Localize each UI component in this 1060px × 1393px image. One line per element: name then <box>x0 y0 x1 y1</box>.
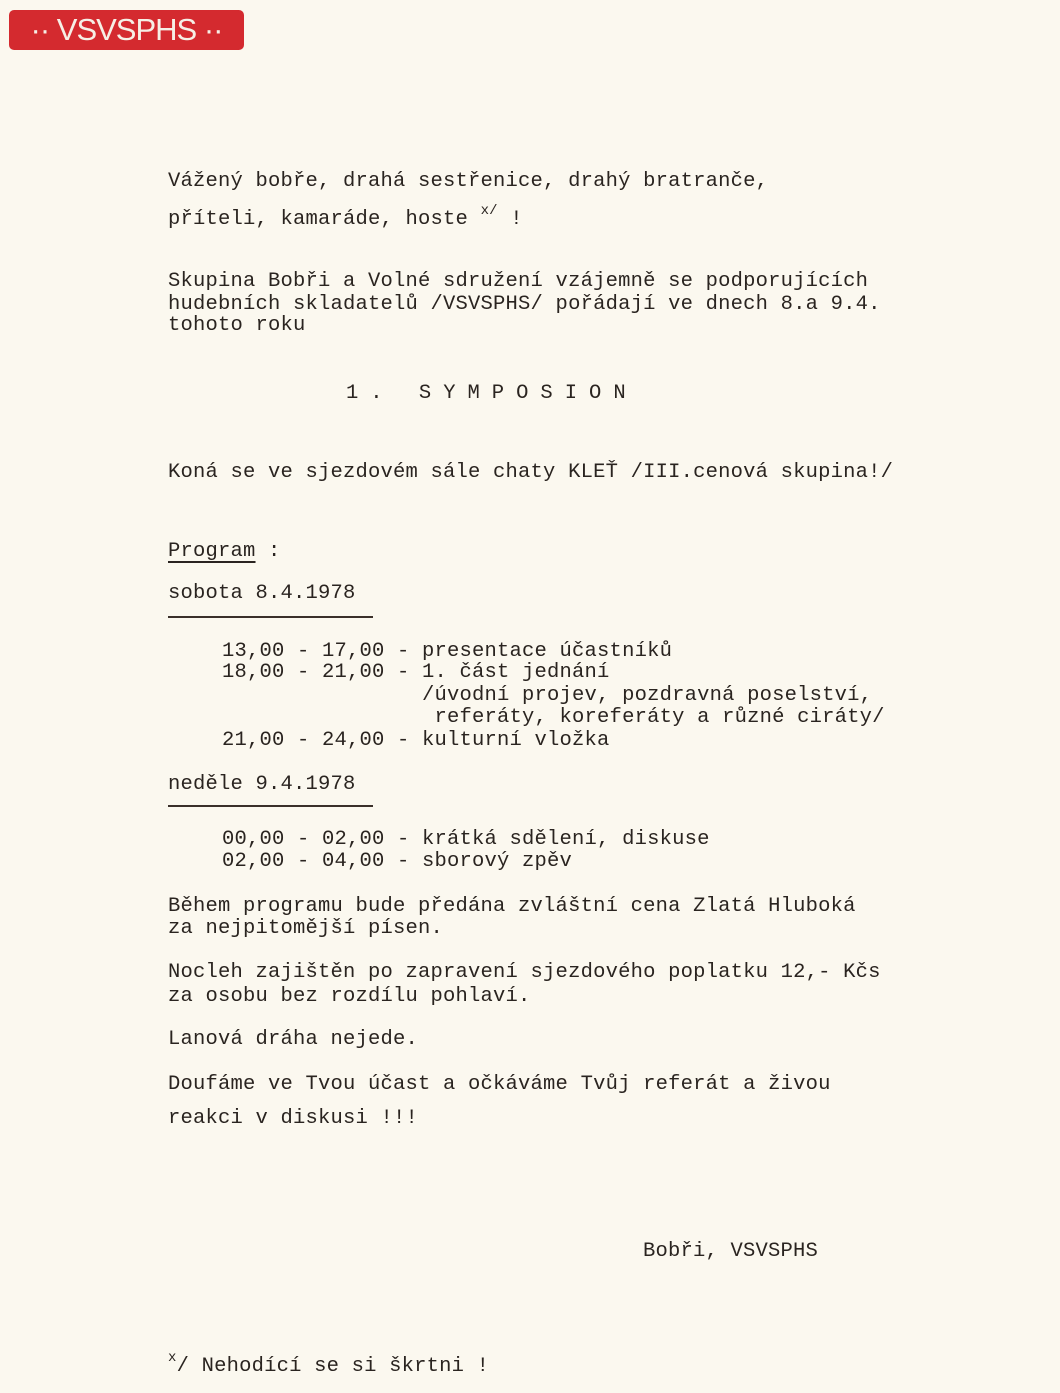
greeting-line-1: Vážený bobře, drahá sestřenice, drahý br… <box>168 170 768 193</box>
award-line-1: Během programu bude předána zvláštní cen… <box>168 895 856 918</box>
program-item: /úvodní projev, pozdravná poselství, <box>222 684 872 707</box>
closing-line-2: reakci v diskusi !!! <box>168 1107 418 1130</box>
program-item: referáty, koreferáty a různé ciráty/ <box>222 706 885 729</box>
vsvsphs-logo: ·· VSVSPHS ·· <box>9 10 244 50</box>
intro-line-3: tohoto roku <box>168 314 306 337</box>
program-colon: : <box>256 540 281 563</box>
document-title: 1. SYMPOSION <box>346 382 638 405</box>
day-sunday-rule <box>168 805 373 807</box>
program-item: 00,00 - 02,00 - krátká sdělení, diskuse <box>222 828 710 851</box>
day-saturday: sobota 8.4.1978 <box>168 582 356 605</box>
footnote-text: / Nehodící se si škrtni ! <box>177 1355 490 1378</box>
footnote: x/ Nehodící se si škrtni ! <box>168 1350 489 1378</box>
lodging-line-2: za osobu bez rozdílu pohlaví. <box>168 985 531 1008</box>
program-heading: Program : <box>168 540 281 563</box>
closing-line-1: Doufáme ve Tvou účast a očkáváme Tvůj re… <box>168 1073 831 1096</box>
intro-line-1: Skupina Bobři a Volné sdružení vzájemně … <box>168 270 868 293</box>
venue-line: Koná se ve sjezdovém sále chaty KLEŤ /II… <box>168 461 893 484</box>
day-sunday: neděle 9.4.1978 <box>168 773 356 796</box>
day-saturday-rule <box>168 616 373 618</box>
greeting-end: ! <box>498 208 523 231</box>
program-label: Program <box>168 540 256 563</box>
signature: Bobři, VSVSPHS <box>643 1240 818 1263</box>
program-item: 21,00 - 24,00 - kulturní vložka <box>222 729 610 752</box>
cableway-note: Lanová dráha nejede. <box>168 1028 418 1051</box>
intro-line-2: hudebních skladatelů /VSVSPHS/ pořádají … <box>168 293 881 316</box>
greeting-line-2-text: příteli, kamaráde, hoste <box>168 208 481 231</box>
award-line-2: za nejpitomější písen. <box>168 917 443 940</box>
program-item: 02,00 - 04,00 - sborový zpěv <box>222 850 572 873</box>
greeting-line-2: příteli, kamaráde, hoste x/ ! <box>168 203 523 231</box>
program-item: 13,00 - 17,00 - presentace účastníků <box>222 640 672 663</box>
lodging-line-1: Nocleh zajištěn po zapravení sjezdového … <box>168 961 881 984</box>
footnote-mark: x/ <box>481 203 498 219</box>
footnote-mark: x <box>168 1350 177 1366</box>
program-item: 18,00 - 21,00 - 1. část jednání <box>222 661 610 684</box>
